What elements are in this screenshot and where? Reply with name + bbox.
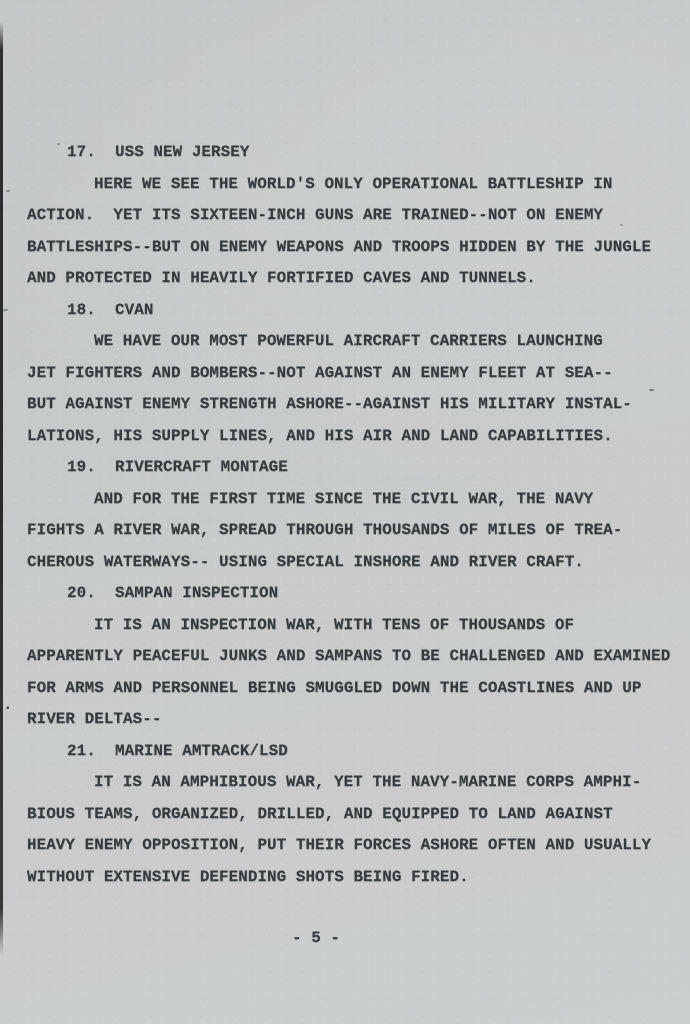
text-line: CHEROUS WATERWAYS-- USING SPECIAL INSHOR… xyxy=(27,547,670,579)
text-line: RIVER DELTAS-- xyxy=(27,704,670,736)
text-line: BATTLESHIPS--BUT ON ENEMY WEAPONS AND TR… xyxy=(27,232,670,264)
text-line: FOR ARMS AND PERSONNEL BEING SMUGGLED DO… xyxy=(27,673,670,705)
text-line: ACTION. YET ITS SIXTEEN-INCH GUNS ARE TR… xyxy=(27,200,670,232)
text-line: AND PROTECTED IN HEAVILY FORTIFIED CAVES… xyxy=(27,263,670,295)
page-number: - 5 - xyxy=(292,923,340,955)
text-line: IT IS AN INSPECTION WAR, WITH TENS OF TH… xyxy=(27,610,670,642)
text-line: BUT AGAINST ENEMY STRENGTH ASHORE--AGAIN… xyxy=(27,389,670,421)
text-line: IT IS AN AMPHIBIOUS WAR, YET THE NAVY-MA… xyxy=(27,767,670,799)
scanned-typewritten-page: 17. USS NEW JERSEYHERE WE SEE THE WORLD'… xyxy=(0,0,690,1024)
scan-speck xyxy=(6,190,10,192)
text-line: HERE WE SEE THE WORLD'S ONLY OPERATIONAL… xyxy=(27,169,670,201)
scan-edge-artifact xyxy=(0,22,3,956)
document-body: 17. USS NEW JERSEYHERE WE SEE THE WORLD'… xyxy=(27,137,670,893)
section-heading: 18. CVAN xyxy=(27,295,670,327)
section-heading: 19. RIVERCRAFT MONTAGE xyxy=(27,452,670,484)
text-line: JET FIGHTERS AND BOMBERS--NOT AGAINST AN… xyxy=(27,358,670,390)
text-line: BIOUS TEAMS, ORGANIZED, DRILLED, AND EQU… xyxy=(27,799,670,831)
section-heading: 21. MARINE AMTRACK/LSD xyxy=(27,736,670,768)
section-heading: 20. SAMPAN INSPECTION xyxy=(27,578,670,610)
text-line: LATIONS, HIS SUPPLY LINES, AND HIS AIR A… xyxy=(27,421,670,453)
stray-ink-dot: . xyxy=(3,690,13,722)
text-line: WE HAVE OUR MOST POWERFUL AIRCRAFT CARRI… xyxy=(27,326,670,358)
text-line: AND FOR THE FIRST TIME SINCE THE CIVIL W… xyxy=(27,484,670,516)
text-line: APPARENTLY PEACEFUL JUNKS AND SAMPANS TO… xyxy=(27,641,670,673)
scan-speck xyxy=(3,308,8,311)
text-line: HEAVY ENEMY OPPOSITION, PUT THEIR FORCES… xyxy=(27,830,670,862)
section-heading: 17. USS NEW JERSEY xyxy=(27,137,670,169)
text-line: FIGHTS A RIVER WAR, SPREAD THROUGH THOUS… xyxy=(27,515,670,547)
text-line: WITHOUT EXTENSIVE DEFENDING SHOTS BEING … xyxy=(27,862,670,894)
